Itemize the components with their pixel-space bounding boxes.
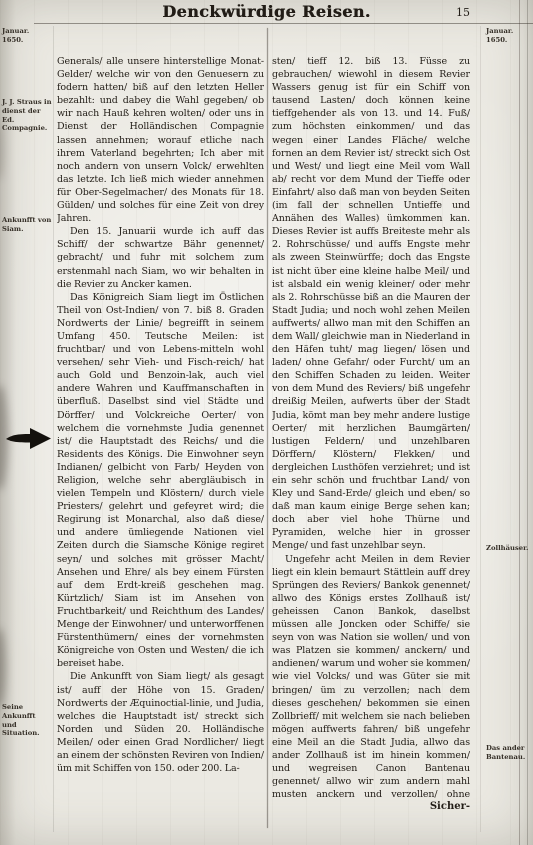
paragraph: Den 15. Januarii wurde ich auff das Schi… [57, 225, 264, 290]
margin-pointer-right-arrow-icon [6, 426, 52, 450]
paragraph: Die Ankunfft von Siam liegt/ als gesagt … [57, 670, 264, 775]
margin-note-date-left: Januar. 1650. [2, 27, 52, 45]
scanned-book-page: Denckwürdige Reisen. 15 Januar. 1650. J.… [0, 0, 533, 845]
margin-note-arrival-siam: Ankunfft von Siam. [2, 216, 52, 234]
margin-note-tollhouses: Zollhäuser. [486, 544, 532, 553]
column-divider-rule [267, 28, 268, 828]
paragraph: Generals/ alle unsere hinterstellige Mon… [57, 55, 264, 225]
paragraph: Das Königreich Siam liegt im Östlichen T… [57, 291, 264, 671]
margin-note-straus-service: J. J. Straus in dienst der Ed. Compagnie… [2, 98, 52, 133]
scan-smudge [0, 628, 6, 708]
page-number: 15 [446, 6, 480, 19]
right-margin-rule [480, 26, 481, 832]
paragraph: Ungefehr acht Meilen in dem Revier liegt… [272, 553, 470, 799]
right-edge-rule-2 [527, 0, 528, 845]
margin-note-date-right: Januar. 1650. [486, 27, 532, 45]
margin-note-bantenau: Das ander Bantenau. [486, 744, 532, 762]
header-rule [34, 23, 533, 24]
left-margin-rule [53, 26, 54, 832]
left-text-column: Generals/ alle unsere hinterstellige Mon… [57, 55, 264, 817]
paragraph: sten/ tieff 12. biß 13. Füsse zu gebrauc… [272, 55, 470, 553]
margin-note-situation: Seine Ankunfft und Situation. [2, 703, 52, 738]
catchword: Sicher- [272, 801, 470, 812]
right-text-column: sten/ tieff 12. biß 13. Füsse zu gebrauc… [272, 55, 470, 799]
right-edge-rule [519, 0, 520, 845]
